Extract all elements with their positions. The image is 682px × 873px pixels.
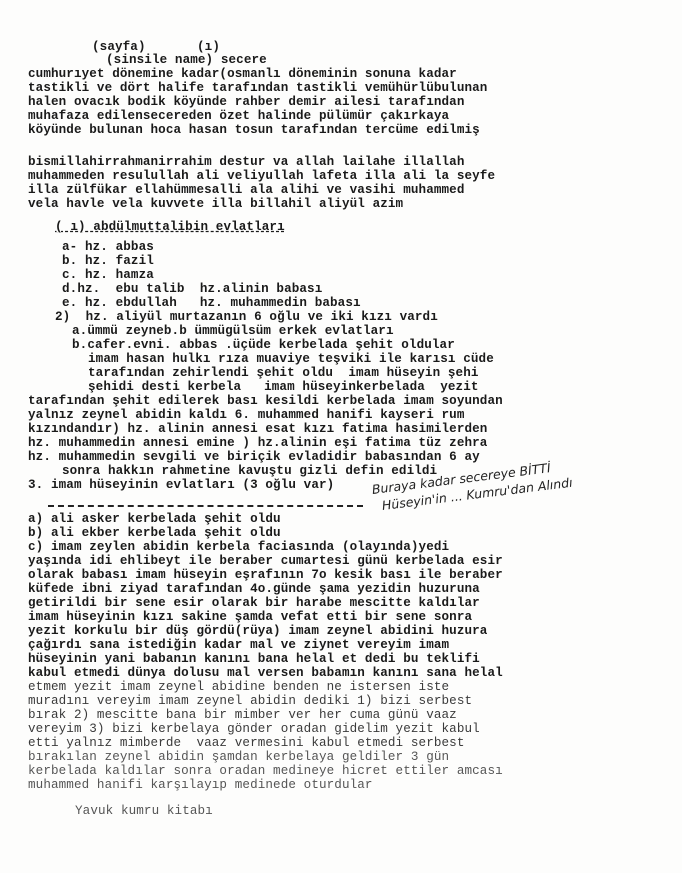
section3-paragraph-line: yezit korkulu bir düş gördü(rüya) imam z… (28, 624, 487, 638)
section3-paragraph-line: hüseyinin yani babanın kanını bana helal… (28, 652, 480, 666)
section3-paragraph-line: olarak babası imam hüseyin eşrafının 7o … (28, 568, 503, 582)
section2-line: tarafından zehirlendi şehit oldu imam hü… (88, 366, 479, 380)
section3-heading: 3. imam hüseyinin evlatları (3 oğlu var) (28, 478, 334, 492)
section3-item: a) ali asker kerbelada şehit oldu (28, 512, 281, 526)
footer-source-note: Yavuk kumru kitabı (75, 804, 213, 818)
section3-paragraph-line: kerbelada kaldılar sonra oradan medineye… (28, 764, 503, 778)
section3-paragraph-line: c) imam zeylen abidin kerbela faciasında… (28, 540, 449, 554)
section3-paragraph-line: muradını vereyim imam zeynel abidin dedi… (28, 694, 472, 708)
section1-item: e. hz. ebdullah hz. muhammedin babası (62, 296, 361, 310)
page-label: (sayfa) (92, 40, 146, 54)
section2-line: imam hasan hulkı rıza muaviye teşviki il… (88, 352, 494, 366)
page-number: (ı) (197, 40, 220, 54)
section3-paragraph-line: yaşında idi ehlibeyt ile beraber cumarte… (28, 554, 503, 568)
section3-paragraph-line: bırak 2) mescitte bana bir mimber ver he… (28, 708, 457, 722)
section3-paragraph-line: etmem yezit imam zeynel abidine benden n… (28, 680, 449, 694)
document-page: (sayfa) (ı) (sinsile name) secere cumhur… (0, 0, 682, 873)
section2-line: sonra hakkın rahmetine kavuştu gizli def… (62, 464, 437, 478)
section3-paragraph-line: vereyim 3) bizi kerbelaya gönder oradan … (28, 722, 480, 736)
document-subtitle: (sinsile name) secere (106, 53, 267, 67)
section1-item: c. hz. hamza (62, 268, 154, 282)
section3-paragraph-line: kabul etmedi dünya dolusu mal versen bab… (28, 666, 503, 680)
section1-item: a- hz. abbas (62, 240, 154, 254)
section3-paragraph-line: etti yalnız mimberde vaaz vermesini kabu… (28, 736, 464, 750)
section2-line: hz. muhammedin annesi emine ) hz.alinin … (28, 436, 487, 450)
intro-line: muhafaza edilensecereden özet halinde pü… (28, 109, 449, 123)
section2-line: yalnız zeynel abidin kaldı 6. muhammed h… (28, 408, 464, 422)
intro-line: köyünde bulunan hoca hasan tosun tarafın… (28, 123, 480, 137)
section2-line: tarafından şehit edilerek bası kesildi k… (28, 394, 503, 408)
dashed-divider (48, 505, 363, 507)
section2-line: şehidi desti kerbela imam hüseyinkerbela… (88, 380, 479, 394)
invocation-line: illa zülfükar ellahümmesalli ala alihi v… (28, 183, 464, 197)
section3-paragraph-line: küfede ibni ziyad tarafından 4o.günde şa… (28, 582, 480, 596)
section2-line: 2) hz. aliyül murtazanın 6 oğlu ve iki k… (55, 310, 438, 324)
intro-line: tastikli ve dört halife tarafından tasti… (28, 81, 487, 95)
section2-line: b.cafer.evni. abbas .üçüde kerbelada şeh… (72, 338, 455, 352)
section2-line: a.ümmü zeyneb.b ümmügülsüm erkek evlatla… (72, 324, 394, 338)
section1-heading: ( ı) abdülmuttalibin evlatları (55, 220, 285, 234)
section3-paragraph-line: getirildi bir sene esir olarak bir harab… (28, 596, 480, 610)
intro-line: halen ovacık bodik köyünde rahber demir … (28, 95, 464, 109)
section3-paragraph-line: bırakılan zeynel abidin şamdan kerbelaya… (28, 750, 449, 764)
section1-item: b. hz. fazil (62, 254, 154, 268)
section1-item: d.hz. ebu talib hz.alinin babası (62, 282, 322, 296)
section3-paragraph-line: muhammed hanifi karşılayıp medinede otur… (28, 778, 373, 792)
section3-paragraph-line: imam hüseyinin kızı sakine şamda vefat e… (28, 610, 472, 624)
section2-line: hz. muhammedin sevgili ve biriçik evladi… (28, 450, 480, 464)
invocation-line: vela havle vela kuvvete illa billahil al… (28, 197, 403, 211)
intro-line: cumhurıyet dönemine kadar(osmanlı dönemi… (28, 67, 457, 81)
section3-paragraph-line: çağırdı sana istediğin kadar mal ve ziyn… (28, 638, 449, 652)
section2-line: kızındandır) hz. alinin annesi esat kızı… (28, 422, 487, 436)
invocation-line: muhammeden resulullah ali veliyullah laf… (28, 169, 495, 183)
section3-item: b) ali ekber kerbelada şehit oldu (28, 526, 281, 540)
invocation-line: bismillahirrahmanirrahim destur va allah… (28, 155, 464, 169)
